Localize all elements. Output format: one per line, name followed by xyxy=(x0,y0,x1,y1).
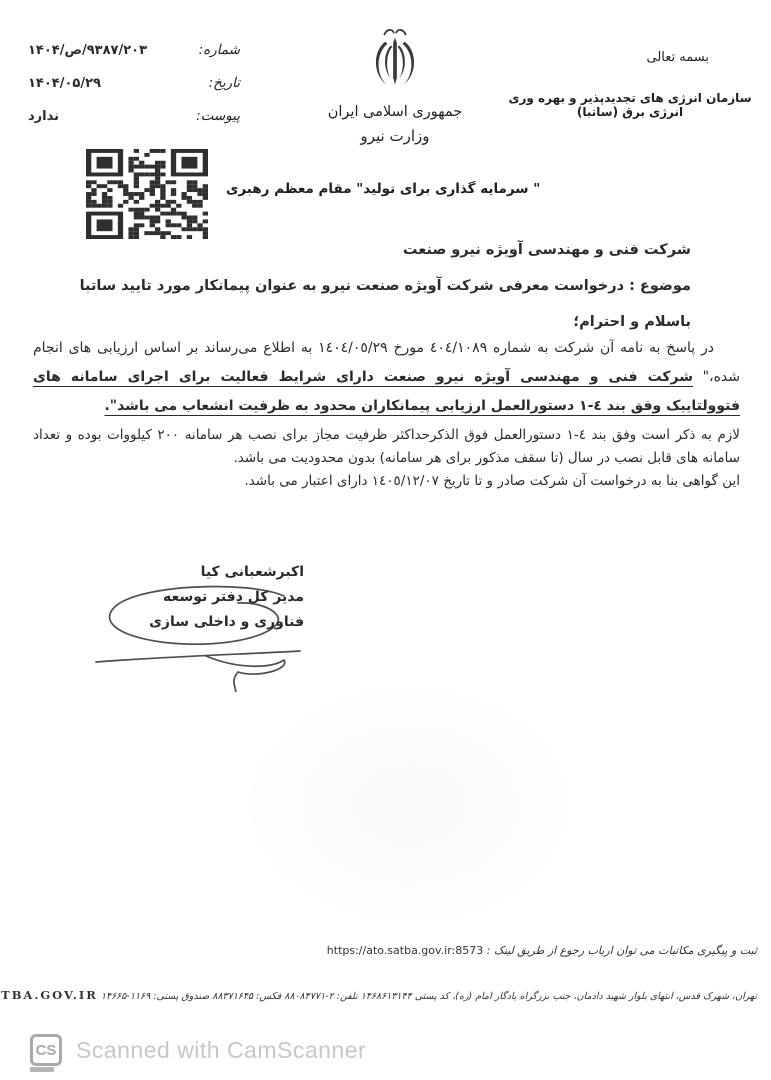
signer-title-line2: فناوری و داخلی سازی xyxy=(112,610,304,635)
meta-number-row: شماره: ۹۳۸۷/۲۰۳/ص/۱۴۰۴ xyxy=(28,42,240,58)
country-name: جمهوری اسلامی ایران xyxy=(300,104,490,120)
meta-attachment-label: پیوست: xyxy=(196,108,240,124)
qr-code xyxy=(86,149,208,243)
camscanner-watermark: CS Scanned with CamScanner xyxy=(0,1020,771,1080)
body-paragraph-2: لازم به ذکر است وفق بند ٤-١ دستورالعمل ف… xyxy=(33,424,740,470)
letter-meta-block: شماره: ۹۳۸۷/۲۰۳/ص/۱۴۰۴ تاریخ: ۱۴۰۴/۰۵/۲۹… xyxy=(28,42,240,141)
meta-date-row: تاریخ: ۱۴۰۴/۰۵/۲۹ xyxy=(28,75,240,91)
signature-block: اکبرشعبانی کیا مدیر کل دفتر توسعه فناوری… xyxy=(112,560,304,635)
footer-website: SATBA.GOV.IR xyxy=(0,988,98,1002)
footer-tracking-text: ثبت و پیگیری مکاتبات می توان ارباب رجوع … xyxy=(487,944,757,957)
camscanner-icon: CS xyxy=(30,1034,62,1066)
body-paragraph-1-emphasis: شرکت فنی و مهندسی آویژه نیرو صنعت دارای … xyxy=(33,369,740,414)
besmeh-taali: بسمه تعالی xyxy=(647,50,709,65)
scan-smudge xyxy=(240,680,580,930)
meta-number-value: ۹۳۸۷/۲۰۳/ص/۱۴۰۴ xyxy=(28,43,147,58)
footer-tracking-line: ثبت و پیگیری مکاتبات می توان ارباب رجوع … xyxy=(327,944,757,957)
organization-name: سازمان انرژی های تجدیدپذیر و بهره وری ان… xyxy=(497,91,763,119)
subject-line: موضوع : درخواست معرفی شرکت آویژه صنعت نی… xyxy=(80,278,691,294)
meta-date-value: ۱۴۰۴/۰۵/۲۹ xyxy=(28,76,101,91)
salutation-line: باسلام و احترام؛ xyxy=(573,314,691,330)
meta-date-label: تاریخ: xyxy=(209,75,240,91)
meta-attachment-row: پیوست: ندارد xyxy=(28,108,240,124)
signer-title-line1: مدیر کل دفتر توسعه xyxy=(112,585,304,610)
footer-address-text: تهران، شهرک قدس، انتهای بلوار شهید دادما… xyxy=(101,991,757,1002)
scanned-letter-page: شماره: ۹۳۸۷/۲۰۳/ص/۱۴۰۴ تاریخ: ۱۴۰۴/۰۵/۲۹… xyxy=(0,0,771,1080)
body-paragraph-3: این گواهی بنا به درخواست آن شرکت صادر و … xyxy=(33,470,740,493)
camscanner-text: Scanned with CamScanner xyxy=(76,1037,366,1064)
recipient-line: شرکت فنی و مهندسی آویژه نیرو صنعت xyxy=(403,242,691,258)
body-paragraph-1: در پاسخ به نامه آن شرکت به شماره ٤٠٤/١٠٨… xyxy=(33,334,740,421)
meta-number-label: شماره: xyxy=(199,42,240,58)
signer-name: اکبرشعبانی کیا xyxy=(112,560,304,585)
slogan-line: " سرمایه گذاری برای تولید" مقام معظم رهب… xyxy=(226,181,540,197)
iran-emblem-icon xyxy=(364,26,426,96)
ministry-name: وزارت نیرو xyxy=(300,127,490,145)
footer-tracking-url: https://ato.satba.gov.ir:8573 xyxy=(327,944,483,957)
footer-address-line: تهران، شهرک قدس، انتهای بلوار شهید دادما… xyxy=(14,988,757,1002)
letter-body: در پاسخ به نامه آن شرکت به شماره ٤٠٤/١٠٨… xyxy=(33,334,740,493)
meta-attachment-value: ندارد xyxy=(28,109,59,124)
letterhead-center: جمهوری اسلامی ایران وزارت نیرو xyxy=(300,26,490,145)
